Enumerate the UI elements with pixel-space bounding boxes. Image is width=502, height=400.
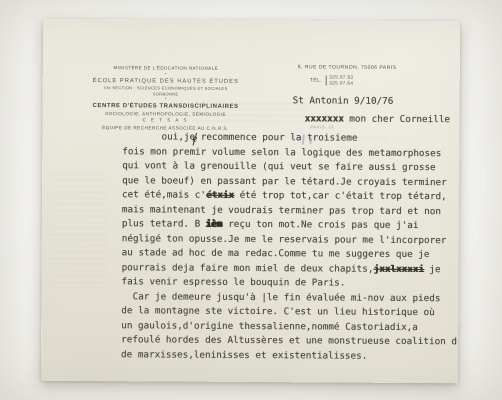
typed-text: plus tetard. B	[122, 218, 206, 230]
typed-text: cet été,mais c'	[122, 189, 206, 201]
typed-text: oui,je recommence pour la troisieme	[122, 131, 357, 143]
typed-body: oui,je recommence pour la troisiemefois …	[121, 130, 458, 364]
typed-text: de marxisses,leninisses et existentialis…	[121, 349, 367, 362]
typed-line: fais venir espresso le bouquin de Paris.	[121, 275, 457, 292]
letterhead-address: 6, RUE DE TOURNON, 75006 PARIS	[298, 64, 458, 72]
blue-pencil-mark	[300, 134, 316, 145]
letterhead-telephone: TÉL. 325.07.63 325.07.64	[310, 74, 458, 86]
typed-line: plus tetard. B ièn reçu ton mot.Ne crois…	[122, 217, 458, 234]
photo-backdrop: MINISTÈRE DE L'ÉDUCATION NATIONALE ▪ ÉCO…	[0, 0, 502, 400]
tel-number-2: 325.07.64	[329, 80, 353, 86]
typed-line: oui,je recommence pour la troisieme	[122, 130, 458, 147]
letterhead-left-block: MINISTÈRE DE L'ÉDUCATION NATIONALE ▪ ÉCO…	[65, 65, 265, 132]
typed-text: Car je demeure jusqu'à |le fin évaluée m…	[121, 291, 440, 304]
typed-text: pourrais deja faire mon miel de deux cha…	[122, 262, 374, 275]
typed-text: un gaulois,d'origine thessalienne,nommé …	[121, 320, 418, 333]
handwritten-insertion-e: e	[192, 134, 199, 145]
tel-label: TÉL.	[310, 77, 323, 83]
greeting-text: mon cher Corneille	[344, 114, 450, 126]
dateline: St Antonin 9/10/76	[293, 95, 394, 107]
typed-text: reçu ton mot.Ne crois pas que j'ai	[223, 219, 419, 231]
typed-text: fois mon premir volume selon la logique …	[122, 146, 441, 159]
overstruck-text: étxix	[206, 190, 234, 201]
typed-text: que le boeuf) en passant par le tétard.J…	[122, 175, 447, 188]
overstruck-text: ièn	[206, 219, 223, 230]
typed-text: négligé ton opusse.Je me le reservais po…	[122, 233, 447, 246]
typed-text: mais maintenant je voudrais terminer pas…	[122, 204, 441, 217]
typed-line: au stade ad hoc de ma redac.Comme tu me …	[122, 246, 458, 263]
letterhead-right-block: 6, RUE DE TOURNON, 75006 PARIS TÉL. 325.…	[298, 64, 458, 86]
bleedthrough-ghost	[49, 169, 108, 289]
tel-divider	[325, 75, 326, 85]
typed-text: été trop tot,car c'était trop tétard,	[234, 190, 447, 202]
typed-line: de marxisses,leninisses et existentialis…	[121, 348, 457, 365]
overstruck-text: jxxlxxxxi	[373, 263, 423, 274]
typed-line: cet été,mais c'étxix été trop tot,car c'…	[122, 188, 458, 205]
typed-line: de la montagne ste victoire. C'est un li…	[121, 304, 457, 321]
typed-text: de la montagne ste victoire. C'est un li…	[121, 305, 435, 318]
typed-line: refoulé hordes des Altussères et une mon…	[121, 333, 457, 350]
letterhead-paris-le-preprint: PARIS, LE	[310, 124, 334, 129]
typed-text: qui vont à la grenouille (qui veut se fa…	[122, 160, 436, 173]
typed-strikeout-xs: xxxxxxx	[304, 113, 343, 124]
typed-text: je	[424, 264, 441, 275]
letter-paper: MINISTÈRE DE L'ÉDUCATION NATIONALE ▪ ÉCO…	[41, 19, 460, 384]
greeting-line: xxxxxxx mon cher Corneille	[304, 113, 450, 125]
typed-line: qui vont à la grenouille (qui veut se fa…	[122, 159, 458, 176]
typed-text: au stade ad hoc de ma redac.Comme tu me …	[122, 247, 430, 260]
typed-text: refoulé hordes des Altussères et une mon…	[121, 334, 457, 347]
typed-text: fais venir espresso le bouquin de Paris.	[121, 276, 345, 288]
